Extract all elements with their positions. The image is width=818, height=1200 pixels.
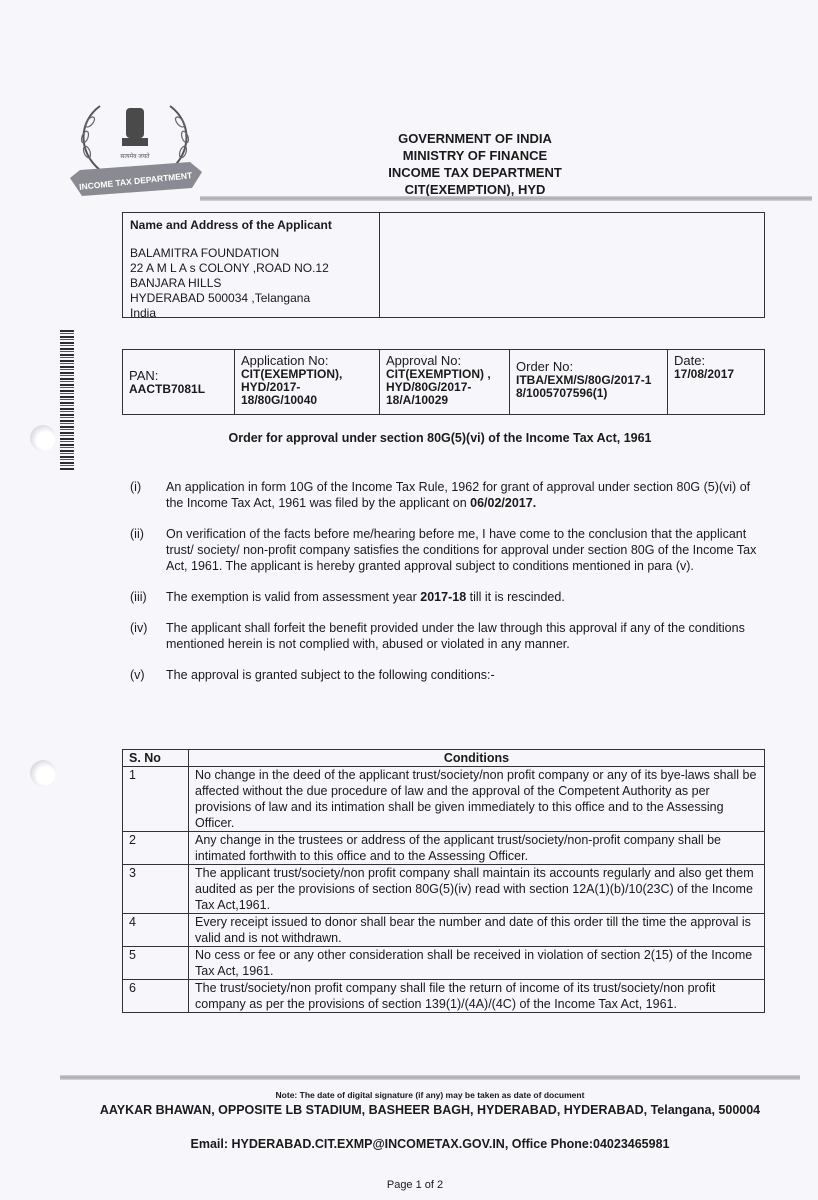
condition-number: 1 <box>123 767 189 832</box>
order-title: Order for approval under section 80G(5)(… <box>120 431 760 445</box>
header-line: MINISTRY OF FINANCE <box>330 147 620 164</box>
income-tax-department-emblem-icon: सत्यमेव जयते INCOME TAX DEPARTMENT <box>60 92 210 202</box>
table-row: 5No cess or fee or any other considerati… <box>123 947 765 980</box>
pan-cell: PAN: AACTB7081L <box>123 350 235 414</box>
letterhead: GOVERNMENT OF INDIA MINISTRY OF FINANCE … <box>330 130 620 198</box>
condition-text: Every receipt issued to donor shall bear… <box>189 914 765 947</box>
sno-header: S. No <box>123 750 189 767</box>
address-line: HYDERABAD 500034 ,Telangana <box>130 291 372 306</box>
table-row: 4Every receipt issued to donor shall bea… <box>123 914 765 947</box>
address-line: BANJARA HILLS <box>130 276 372 291</box>
paragraph-number: (iii) <box>130 589 166 605</box>
address-line: BALAMITRA FOUNDATION <box>130 246 372 261</box>
order-no-value: ITBA/EXM/S/80G/2017-18/1005707596(1) <box>516 374 661 400</box>
condition-text: The applicant trust/society/non profit c… <box>189 865 765 914</box>
application-no-cell: Application No: CIT(EXEMPTION), HYD/2017… <box>235 350 380 414</box>
punch-hole <box>30 425 56 451</box>
approval-no-value: CIT(EXEMPTION) , HYD/80G/2017-18/A/10029 <box>386 368 503 407</box>
table-row: 2Any change in the trustees or address o… <box>123 832 765 865</box>
paragraph-body: The applicant shall forfeit the benefit … <box>166 621 745 651</box>
condition-text: Any change in the trustees or address of… <box>189 832 765 865</box>
condition-text: No cess or fee or any other consideratio… <box>189 947 765 980</box>
conditions-header: Conditions <box>189 750 765 767</box>
footer-divider <box>60 1075 800 1080</box>
condition-text: No change in the deed of the applicant t… <box>189 767 765 832</box>
applicant-blank-cell <box>380 213 764 317</box>
application-no-label: Application No: <box>241 353 373 368</box>
application-no-value: CIT(EXEMPTION), HYD/2017-18/80G/10040 <box>241 368 373 407</box>
reference-table: PAN: AACTB7081L Application No: CIT(EXEM… <box>122 349 765 415</box>
footer-address: AAYKAR BHAWAN, OPPOSITE LB STADIUM, BASH… <box>70 1102 790 1119</box>
paragraph-body: The exemption is valid from assessment y… <box>166 590 420 604</box>
condition-number: 4 <box>123 914 189 947</box>
condition-number: 5 <box>123 947 189 980</box>
address-line: India <box>130 306 372 321</box>
address-line: 22 A M L A s COLONY ,ROAD NO.12 <box>130 261 372 276</box>
paragraph-number: (v) <box>130 667 166 683</box>
paragraph-body: On verification of the facts before me/h… <box>166 527 756 573</box>
order-paragraph: (i)An application in form 10G of the Inc… <box>130 479 760 511</box>
svg-text:सत्यमेव जयते: सत्यमेव जयते <box>120 152 150 160</box>
paragraph-text: The exemption is valid from assessment y… <box>166 589 760 605</box>
table-row: 1No change in the deed of the applicant … <box>123 767 765 832</box>
applicant-details: Name and Address of the Applicant BALAMI… <box>123 213 380 317</box>
order-paragraph: (iii)The exemption is valid from assessm… <box>130 589 760 605</box>
order-paragraph: (ii)On verification of the facts before … <box>130 526 760 574</box>
date-value: 17/08/2017 <box>674 368 758 381</box>
header-divider <box>200 196 812 201</box>
footer-note: Note: The date of digital signature (if … <box>60 1090 800 1100</box>
paragraph-emphasis: 2017-18 <box>420 590 466 604</box>
date-cell: Date: 17/08/2017 <box>668 350 764 414</box>
paragraph-body: The approval is granted subject to the f… <box>166 668 495 682</box>
applicant-box: Name and Address of the Applicant BALAMI… <box>122 212 765 318</box>
header-line: INCOME TAX DEPARTMENT <box>330 164 620 181</box>
condition-number: 2 <box>123 832 189 865</box>
paragraph-text: The approval is granted subject to the f… <box>166 667 760 683</box>
barcode <box>60 330 74 470</box>
pan-label: PAN: <box>129 368 228 383</box>
order-paragraphs: (i)An application in form 10G of the Inc… <box>130 479 760 698</box>
footer-contact: Email: HYDERABAD.CIT.EXMP@INCOMETAX.GOV.… <box>60 1137 800 1151</box>
table-row: 3The applicant trust/society/non profit … <box>123 865 765 914</box>
condition-text: The trust/society/non profit company sha… <box>189 980 765 1013</box>
table-row: 6The trust/society/non profit company sh… <box>123 980 765 1013</box>
approval-no-cell: Approval No: CIT(EXEMPTION) , HYD/80G/20… <box>380 350 510 414</box>
paragraph-emphasis: 06/02/2017. <box>470 496 536 510</box>
order-no-cell: Order No: ITBA/EXM/S/80G/2017-18/1005707… <box>510 350 668 414</box>
paragraph-number: (i) <box>130 479 166 511</box>
conditions-header-row: S. No Conditions <box>123 750 765 767</box>
paragraph-tail: till it is rescinded. <box>466 590 565 604</box>
approval-no-label: Approval No: <box>386 353 503 368</box>
paragraph-text: An application in form 10G of the Income… <box>166 479 760 511</box>
pan-value: AACTB7081L <box>129 383 228 396</box>
order-paragraph: (v)The approval is granted subject to th… <box>130 667 760 683</box>
paragraph-body: An application in form 10G of the Income… <box>166 480 750 510</box>
punch-hole <box>30 760 56 786</box>
paragraph-text: On verification of the facts before me/h… <box>166 526 760 574</box>
conditions-table: S. No Conditions 1No change in the deed … <box>122 749 765 1013</box>
condition-number: 6 <box>123 980 189 1013</box>
paragraph-number: (ii) <box>130 526 166 574</box>
order-paragraph: (iv)The applicant shall forfeit the bene… <box>130 620 760 652</box>
paragraph-text: The applicant shall forfeit the benefit … <box>166 620 760 652</box>
applicant-label: Name and Address of the Applicant <box>130 218 372 233</box>
condition-number: 3 <box>123 865 189 914</box>
order-no-label: Order No: <box>516 359 661 374</box>
page-number: Page 1 of 2 <box>340 1179 490 1191</box>
header-line: GOVERNMENT OF INDIA <box>330 130 620 147</box>
paragraph-number: (iv) <box>130 620 166 652</box>
date-label: Date: <box>674 353 758 368</box>
